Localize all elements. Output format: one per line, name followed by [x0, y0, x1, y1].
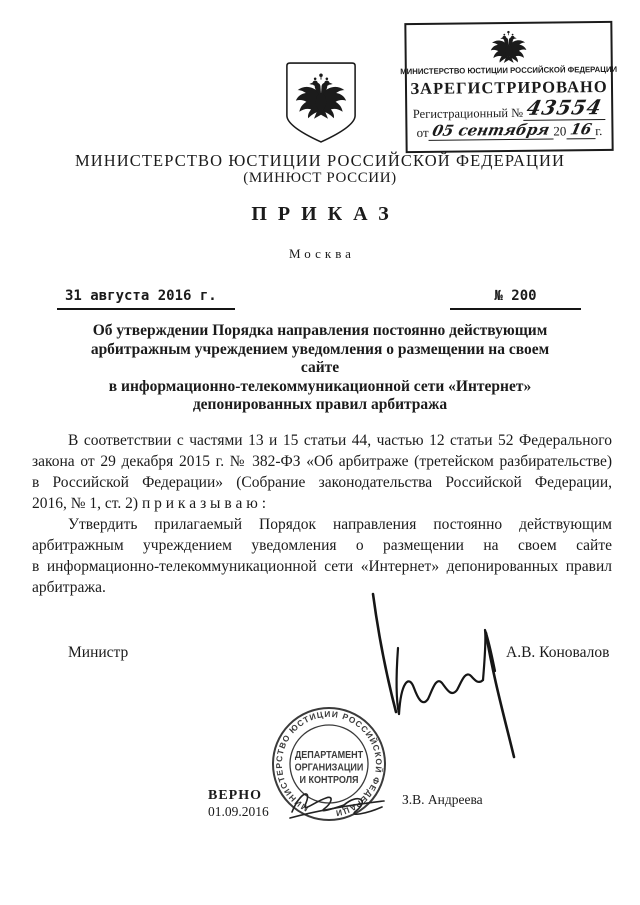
stamp-date-row: от 05 сентября 20 16 г.: [416, 122, 602, 141]
document-date: 31 августа 2016 г.: [57, 288, 235, 310]
seal-center-line2: ОРГАНИЗАЦИИ: [295, 762, 364, 774]
coat-of-arms-icon: [487, 27, 529, 65]
stamp-reg-number-row: Регистрационный № 43554: [413, 97, 606, 122]
document-page: МИНИСТЕРСТВО ЮСТИЦИИ РОССИЙСКОЙ ФЕДЕРАЦИ…: [0, 0, 640, 905]
reg-number-handwritten: 43554: [525, 97, 604, 118]
certification-date: 01.09.2016: [208, 804, 269, 820]
reg-year-underline: 16: [566, 122, 595, 139]
reg-year-prefix: 20: [553, 123, 566, 139]
seal-center-line1: ДЕПАРТАМЕНТ: [295, 749, 363, 761]
body-line: в информационно-телекоммуникационной сет…: [32, 556, 612, 577]
body-line: в Российской Федерации» (Собрание законо…: [32, 472, 612, 493]
document-title: Об утверждении Порядка направления посто…: [70, 322, 570, 415]
body-line: арбитражным учреждением уведомления о ра…: [32, 535, 612, 556]
signer-position: Министр: [68, 644, 128, 662]
state-emblem-shield-icon: [283, 60, 359, 146]
reg-number-underline: 43554: [523, 97, 606, 121]
title-line: депонированных правил арбитража: [70, 396, 570, 415]
body-line: В соответствии с частями 13 и 15 статьи …: [32, 430, 612, 451]
title-line: арбитражным учреждением уведомления о ра…: [70, 341, 570, 378]
document-body: В соответствии с частями 13 и 15 статьи …: [32, 430, 612, 598]
city-label: Москва: [0, 246, 640, 262]
body-line: 2016, № 1, ст. 2) п р и к а з ы в а ю :: [32, 493, 612, 514]
reg-year-suffix: г.: [595, 123, 602, 139]
stamp-ministry-name: МИНИСТЕРСТВО ЮСТИЦИИ РОССИЙСКОЙ ФЕДЕРАЦИ…: [400, 65, 617, 76]
header-ministry-line2: (МИНЮСТ РОССИИ): [0, 170, 640, 187]
reg-from-label: от: [416, 125, 428, 141]
certifier-name: З.В. Андреева: [402, 792, 483, 808]
document-type-heading: ПРИКАЗ: [0, 203, 640, 226]
verno-label: ВЕРНО: [208, 788, 262, 804]
reg-number-label: Регистрационный №: [413, 106, 523, 122]
title-line: Об утверждении Порядка направления посто…: [70, 322, 570, 341]
reg-date-handwritten: 05 сентября: [431, 123, 551, 139]
body-line: закона от 29 декабря 2015 г. № 382-ФЗ «О…: [32, 451, 612, 472]
reg-date-underline: 05 сентября: [428, 123, 553, 141]
certifier-signature: [278, 776, 396, 826]
document-number: № 200: [450, 288, 581, 310]
header-ministry-line1: МИНИСТЕРСТВО ЮСТИЦИИ РОССИЙСКОЙ ФЕДЕРАЦИ…: [0, 151, 640, 171]
registration-stamp: МИНИСТЕРСТВО ЮСТИЦИИ РОССИЙСКОЙ ФЕДЕРАЦИ…: [404, 21, 613, 153]
body-line: Утвердить прилагаемый Порядок направлени…: [32, 514, 612, 535]
title-line: в информационно-телекоммуникационной сет…: [70, 378, 570, 397]
reg-year-handwritten: 16: [569, 122, 593, 137]
